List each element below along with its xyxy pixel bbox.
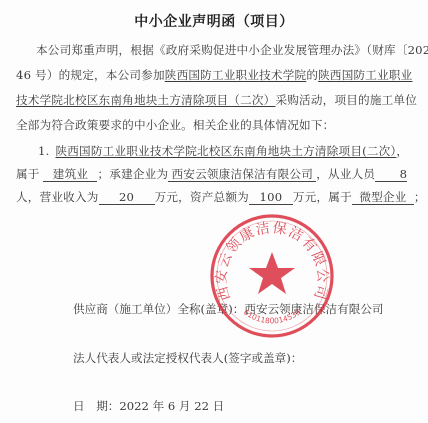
- employees-field: 8: [375, 167, 407, 182]
- industry-field: 建筑业: [43, 167, 97, 182]
- paragraph-line-2: 46 号）的规定，本公司参加陕西国防工业职业技术学院的陕西国防工业职业: [16, 67, 412, 83]
- details-intro-text: 全部为符合政策要求的中小企业。相关企业的具体情况如下：: [16, 118, 334, 132]
- assets-field: 100: [249, 190, 293, 205]
- contractor-field: 西安云领康洁保洁有限公司: [168, 167, 316, 182]
- document-page: 中小企业声明函（项目） 本公司郑重声明，根据《政府采购促进中小企业发展管理办法》…: [0, 0, 428, 423]
- item-project-name: 陕西国防工业职业技术学院北校区东南角地块土方清除项目(二次）: [49, 144, 396, 158]
- purchaser-name: 陕西国防工业职业技术学院: [165, 68, 307, 82]
- employees-label: ，从业人员: [316, 167, 375, 181]
- enterprise-type-field: 微型企业: [352, 190, 414, 205]
- date-line: 日 期：2022 年 6 月 22 日: [73, 398, 224, 414]
- date-label: 日 期：: [73, 399, 119, 413]
- item1-line-1: 1.陕西国防工业职业技术学院北校区东南角地块土方清除项目(二次），: [38, 143, 408, 159]
- belongs-label: 属于: [16, 167, 40, 181]
- punctuation: ，: [396, 144, 408, 158]
- seal-star-icon: 西安云领康洁保洁有限公司 6101180014539: [206, 210, 338, 342]
- svg-text:6101180014539: 6101180014539: [242, 307, 302, 325]
- paragraph-line-3: 技术学院北校区东南角地块土方清除项目（二次）采购活动，项目的施工单位: [16, 92, 417, 108]
- item1-line-2: 属于 建筑业；承建企业为西安云领康洁保洁有限公司，从业人员8: [16, 166, 407, 182]
- project-name-part2: 技术学院北校区东南角地块土方清除项目（二次）: [16, 93, 275, 107]
- revenue-field: 20: [99, 190, 155, 205]
- representative-label: 法人代表人或法定授权代表人(签字或盖章)：: [73, 351, 302, 365]
- regulation-number-text: 46 号）的规定，本公司参加: [16, 68, 165, 82]
- enterprise-type-label: 万元，属于: [293, 190, 352, 204]
- punctuation: ；: [414, 190, 426, 204]
- company-seal: 西安云领康洁保洁有限公司 6101180014539: [206, 210, 338, 342]
- item1-line-3: 人，营业收入为20万元，资产总额为100万元，属于微型企业；: [16, 189, 426, 205]
- contractor-label: ；承建企业为: [97, 167, 168, 181]
- paragraph-line-4: 全部为符合政策要求的中小企业。相关企业的具体情况如下：: [16, 117, 334, 133]
- procurement-text: 采购活动，项目的施工单位: [275, 93, 417, 107]
- project-name-part1: 陕西国防工业职业: [318, 68, 412, 82]
- document-title: 中小企业声明函（项目）: [0, 11, 428, 31]
- paragraph-line-1: 本公司郑重声明，根据《政府采购促进中小企业发展管理办法》（财库〔2020〕: [36, 42, 428, 58]
- assets-label: 万元，资产总额为: [155, 190, 249, 204]
- declaration-text: 本公司郑重声明，根据《政府采购促进中小企业发展管理办法》（财库〔2020〕: [36, 43, 428, 57]
- item-number: 1.: [38, 144, 49, 158]
- connector-text: 的: [306, 68, 318, 82]
- representative-signature-line: 法人代表人或法定授权代表人(签字或盖章)：: [73, 350, 302, 366]
- revenue-label: 人，营业收入为: [16, 190, 99, 204]
- date-value: 2022 年 6 月 22 日: [119, 399, 224, 413]
